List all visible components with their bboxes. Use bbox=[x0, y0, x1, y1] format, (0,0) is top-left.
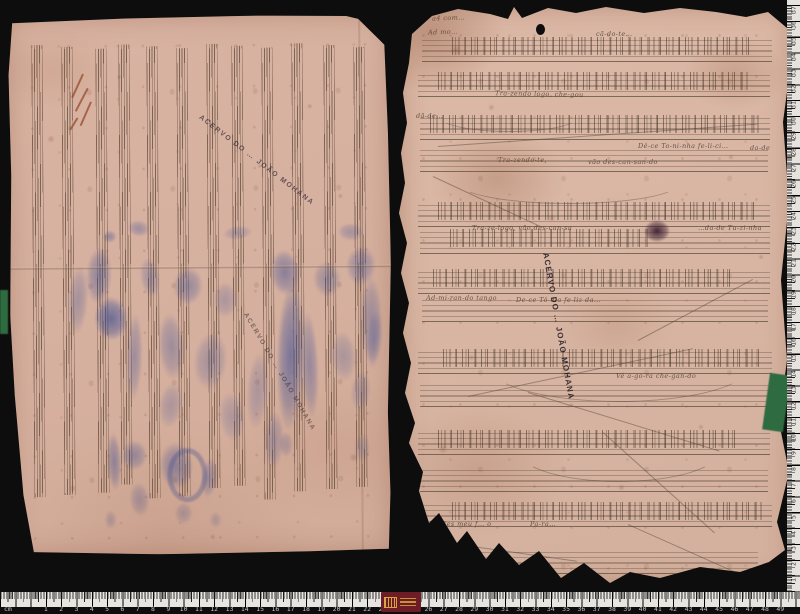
lyric-fragment: a4 com… bbox=[432, 13, 465, 22]
ruler-number: 27 bbox=[440, 605, 448, 613]
ruler-number-v: 18 bbox=[790, 304, 798, 317]
ruler-number-v: 1 bbox=[790, 574, 798, 587]
ruler-number-v: 5 bbox=[790, 510, 798, 523]
ruler-number: 35 bbox=[562, 605, 570, 613]
pencil-slur bbox=[518, 420, 720, 482]
lyric-fragment: Ad mo… bbox=[428, 27, 458, 36]
scan-background: ACERVO DO … JOÃO MOHANA ACERVO DO … JOÃO… bbox=[0, 0, 800, 614]
foxing-spot bbox=[349, 453, 358, 462]
lyric-fragment: Tra-zendo logo, che-gou bbox=[495, 89, 584, 99]
foxing-spot bbox=[618, 484, 625, 491]
ruler-number-v: 14 bbox=[790, 368, 798, 381]
ruler-number: 11 bbox=[195, 605, 203, 613]
ruler-number: 9 bbox=[166, 605, 170, 613]
ruler-number-v: 20 bbox=[790, 273, 798, 286]
ruler-number: 1 bbox=[44, 605, 48, 613]
ruler-number: 31 bbox=[501, 605, 509, 613]
ruler-number: 18 bbox=[302, 605, 310, 613]
right-manuscript-page: ACERVO DO … JOÃO MOHANA a4 com…Ad mo…cã-… bbox=[398, 4, 794, 586]
ruler-number-v: 28 bbox=[790, 146, 798, 159]
ink-blot bbox=[128, 482, 151, 518]
ruler-number: 38 bbox=[608, 605, 616, 613]
lyric-fragment: …da-de Tu-zi-nha bbox=[698, 224, 762, 232]
ruler-number-v: 22 bbox=[790, 241, 798, 254]
foxing-spot bbox=[758, 254, 764, 260]
ruler-number-v: 31 bbox=[790, 98, 798, 111]
ruler-number: 22 bbox=[363, 605, 371, 613]
ruler-number: 42 bbox=[669, 605, 677, 613]
pencil-slur bbox=[458, 162, 680, 204]
ruler-number: 49 bbox=[776, 605, 784, 613]
staff-line-group bbox=[118, 44, 132, 484]
vertical-ruler: 1234567891011121314151617181920212223242… bbox=[787, 0, 800, 592]
ruler-number: 33 bbox=[532, 605, 540, 613]
ruler-number-v: 24 bbox=[790, 209, 798, 222]
ink-blot bbox=[213, 282, 237, 318]
ink-blot bbox=[191, 330, 230, 391]
ruler-number: 43 bbox=[685, 605, 693, 613]
foxing-spot bbox=[117, 75, 122, 80]
ruler-number-v: 26 bbox=[790, 177, 798, 190]
lyric-fragment: Pa-ra… bbox=[530, 520, 556, 528]
ruler-number-v: 16 bbox=[790, 336, 798, 349]
ruler-number-v: 9 bbox=[790, 447, 798, 460]
foxing-spot bbox=[307, 103, 313, 109]
ink-blot bbox=[103, 231, 117, 243]
paper-hole bbox=[536, 24, 545, 35]
ruler-number: 34 bbox=[547, 605, 555, 613]
lyric-fragment: Ad-mi-ran-do tango bbox=[426, 294, 497, 302]
ruler-number: 29 bbox=[470, 605, 478, 613]
ruler-number: 8 bbox=[151, 605, 155, 613]
ruler-number: 2 bbox=[59, 605, 63, 613]
ruler-number: 20 bbox=[333, 605, 341, 613]
ruler-number: 6 bbox=[120, 605, 124, 613]
foxing-spot bbox=[69, 485, 76, 492]
foxing-spot bbox=[698, 424, 704, 430]
ruler-number: 44 bbox=[700, 605, 708, 613]
foxing-spot bbox=[337, 193, 343, 199]
lyric-fragment: O an-tes meu f… o bbox=[424, 520, 491, 528]
ruler-number-v: 3 bbox=[790, 542, 798, 555]
ruler-number: 47 bbox=[746, 605, 754, 613]
note-run bbox=[452, 502, 762, 520]
note-run bbox=[452, 37, 752, 55]
ruler-number-v: 15 bbox=[790, 352, 798, 365]
ruler-number: 19 bbox=[317, 605, 325, 613]
ruler-number-v: 2 bbox=[790, 558, 798, 571]
foxing-spot bbox=[210, 534, 216, 540]
ruler-number: 36 bbox=[577, 605, 585, 613]
note-run bbox=[438, 202, 758, 220]
ruler-number: 14 bbox=[241, 605, 249, 613]
lyric-fragment: Tra-ze-logo, vão des-can-sa bbox=[472, 224, 572, 232]
ruler-number-v: 12 bbox=[790, 399, 798, 412]
ruler-number: 10 bbox=[180, 605, 188, 613]
left-manuscript-page: ACERVO DO … JOÃO MOHANA ACERVO DO … JOÃO… bbox=[6, 13, 394, 558]
ruler-number-v: 21 bbox=[790, 257, 798, 270]
ruler-number: 21 bbox=[348, 605, 356, 613]
foxing-spot bbox=[548, 214, 556, 222]
ruler-number-v: 4 bbox=[790, 526, 798, 539]
note-run bbox=[433, 269, 733, 287]
ruler-number-v: 29 bbox=[790, 130, 798, 143]
ruler-number: 37 bbox=[593, 605, 601, 613]
staff-line-group bbox=[61, 47, 75, 495]
ruler-number: 7 bbox=[136, 605, 140, 613]
green-mark-left bbox=[0, 290, 8, 334]
ruler-number: 28 bbox=[455, 605, 463, 613]
ink-blot bbox=[222, 224, 253, 241]
foxing-spot bbox=[450, 44, 462, 56]
ruler-number-v: 23 bbox=[790, 225, 798, 238]
ruler-number-v: 27 bbox=[790, 162, 798, 175]
ruler-number-v: 11 bbox=[790, 415, 798, 428]
foxing-spot bbox=[47, 135, 55, 143]
ruler-number: 5 bbox=[105, 605, 109, 613]
foxing-spot bbox=[428, 534, 437, 543]
ruler-number: 12 bbox=[210, 605, 218, 613]
ruler-number-v: 32 bbox=[790, 82, 798, 95]
ruler-number: 16 bbox=[271, 605, 279, 613]
ruler-unit-label: cm bbox=[4, 605, 12, 613]
lyric-fragment: da-de bbox=[750, 144, 770, 152]
ruler-number: 40 bbox=[639, 605, 647, 613]
ruler-number: 17 bbox=[287, 605, 295, 613]
ruler-number-v: 10 bbox=[790, 431, 798, 444]
ruler-number: 13 bbox=[226, 605, 234, 613]
ruler-number: 46 bbox=[730, 605, 738, 613]
ruler-number-v: 37 bbox=[790, 3, 798, 16]
archive-logo-stamp bbox=[381, 592, 421, 612]
staff-line-group bbox=[31, 45, 45, 497]
ink-blot bbox=[210, 512, 222, 528]
ruler-number: 48 bbox=[761, 605, 769, 613]
ink-blot bbox=[174, 502, 193, 525]
ruler-number-v: 13 bbox=[790, 383, 798, 396]
foxing-spot bbox=[728, 154, 734, 160]
foxing-spot bbox=[488, 104, 495, 111]
ruler-number-v: 25 bbox=[790, 193, 798, 206]
ruler-number-v: 7 bbox=[790, 479, 798, 492]
ruler-number: 32 bbox=[516, 605, 524, 613]
ink-blot bbox=[105, 511, 117, 529]
pencil-scribble bbox=[80, 101, 92, 126]
logo-text-lines bbox=[400, 598, 416, 607]
ink-blot bbox=[172, 266, 205, 306]
ruler-number-v: 35 bbox=[790, 35, 798, 48]
ruler-number-v: 6 bbox=[790, 494, 798, 507]
ruler-number-v: 19 bbox=[790, 288, 798, 301]
pencil-slur bbox=[488, 330, 750, 402]
pencil-slur bbox=[438, 100, 580, 132]
ruler-number: 30 bbox=[486, 605, 494, 613]
ruler-number-v: 34 bbox=[790, 51, 798, 64]
lyric-fragment: cã-do-te… bbox=[596, 30, 633, 38]
ruler-number: 39 bbox=[623, 605, 631, 613]
note-run bbox=[438, 72, 748, 90]
ruler-number: 15 bbox=[256, 605, 264, 613]
ruler-number: 4 bbox=[90, 605, 94, 613]
ruler-number-v: 36 bbox=[790, 19, 798, 32]
ruler-number-v: 30 bbox=[790, 114, 798, 127]
ruler-number-v: 33 bbox=[790, 66, 798, 79]
foxing-spot bbox=[438, 444, 448, 454]
lyric-fragment: Dê-ce To-ni-nha fe-li-ci… bbox=[638, 142, 729, 150]
ruler-number: 26 bbox=[424, 605, 432, 613]
ruler-number: 41 bbox=[654, 605, 662, 613]
ruler-number-v: 17 bbox=[790, 320, 798, 333]
ruler-number-v: 8 bbox=[790, 463, 798, 476]
ruler-number: 45 bbox=[715, 605, 723, 613]
ink-blot bbox=[279, 431, 293, 457]
building-icon bbox=[384, 597, 397, 608]
foxing-spot bbox=[468, 354, 475, 361]
ruler-number: 3 bbox=[75, 605, 79, 613]
